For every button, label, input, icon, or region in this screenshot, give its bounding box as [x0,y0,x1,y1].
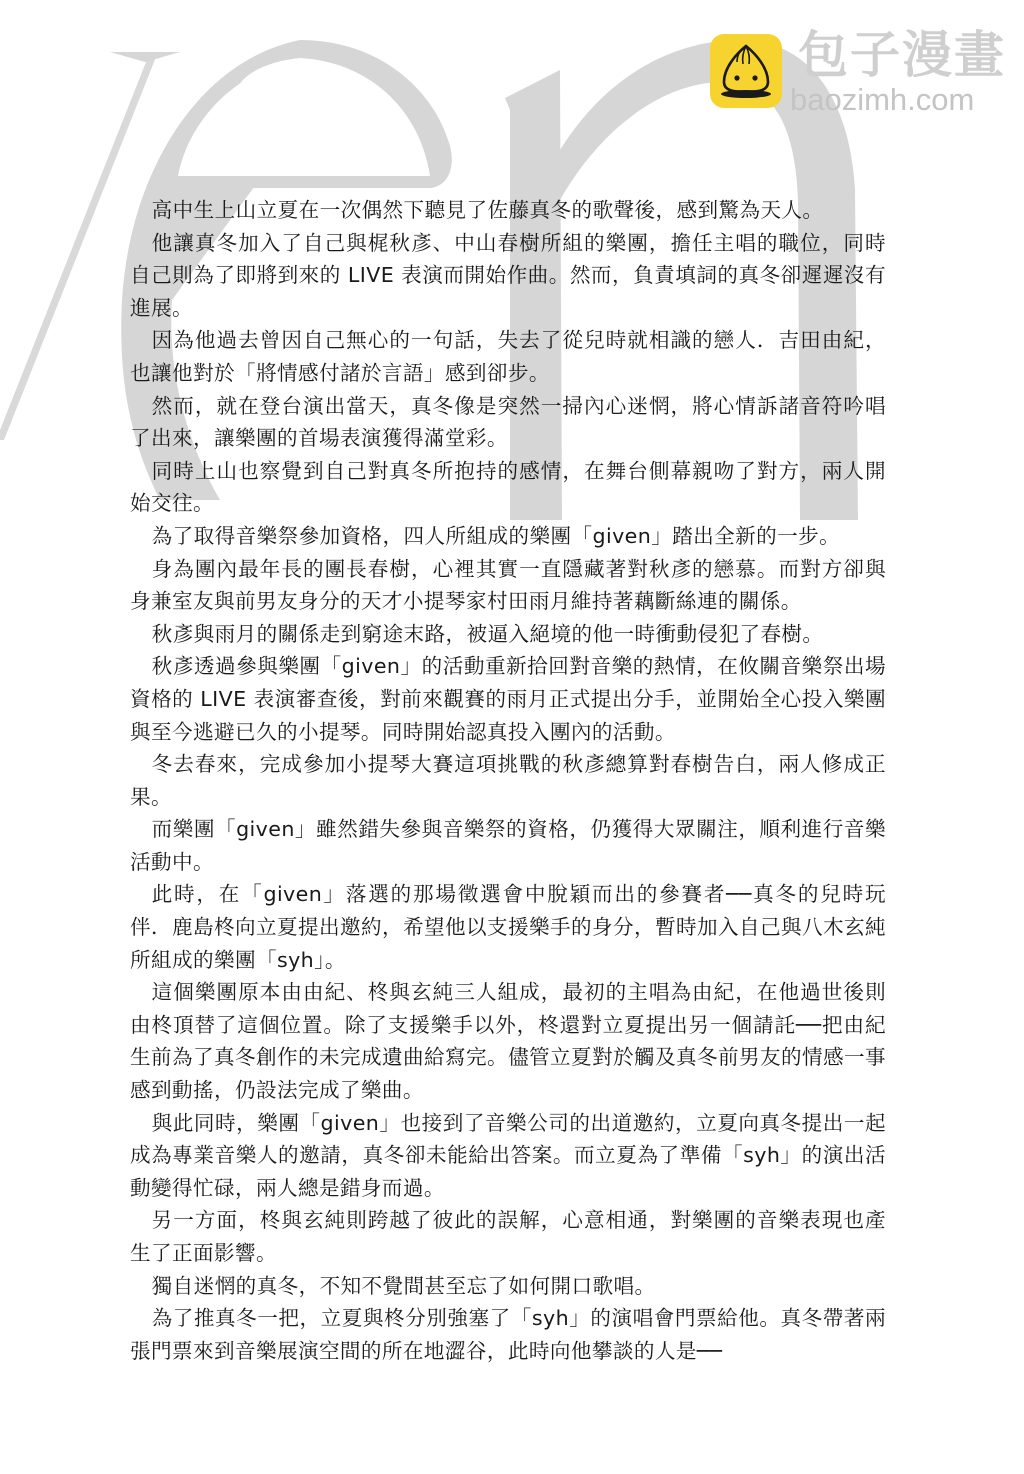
brand-name: 包子漫畫 [798,30,1006,80]
brand-logo-badge [710,34,782,108]
paragraph: 秋彥與雨月的關係走到窮途末路，被逼入絕境的他一時衝動侵犯了春樹。 [130,618,886,651]
synopsis-text: 高中生上山立夏在一次偶然下聽見了佐藤真冬的歌聲後，感到驚為天人。 他讓真冬加入了… [130,194,886,1367]
paragraph: 這個樂團原本由由紀、柊與玄純三人組成，最初的主唱為由紀，在他過世後則由柊頂替了這… [130,976,886,1106]
paragraph: 冬去春來，完成參加小提琴大賽這項挑戰的秋彥總算對春樹告白，兩人修成正果。 [130,748,886,813]
paragraph: 而樂團「given」雖然錯失參與音樂祭的資格，仍獲得大眾關注，順利進行音樂活動中… [130,813,886,878]
paragraph: 為了取得音樂祭參加資格，四人所組成的樂團「given」踏出全新的一步。 [130,520,886,553]
paragraph: 與此同時，樂團「given」也接到了音樂公司的出道邀約，立夏向真冬提出一起成為專… [130,1107,886,1205]
paragraph: 獨自迷惘的真冬，不知不覺間甚至忘了如何開口歌唱。 [130,1270,886,1303]
paragraph: 另一方面，柊與玄純則跨越了彼此的誤解，心意相通，對樂團的音樂表現也產生了正面影響… [130,1204,886,1269]
paragraph: 身為團內最年長的團長春樹，心裡其實一直隱藏著對秋彥的戀慕。而對方卻與身兼室友與前… [130,553,886,618]
paragraph: 高中生上山立夏在一次偶然下聽見了佐藤真冬的歌聲後，感到驚為天人。 [130,194,886,227]
brand-watermark: 包子漫畫 baozimh.com [798,30,1006,115]
paragraph: 此時，在「given」落選的那場徵選會中脫穎而出的參賽者──真冬的兒時玩伴．鹿島… [130,878,886,976]
paragraph: 秋彥透過參與樂團「given」的活動重新拾回對音樂的熱情，在攸關音樂祭出場資格的… [130,650,886,748]
steamed-bun-icon [710,34,782,108]
paragraph: 然而，就在登台演出當天，真冬像是突然一掃內心迷惘，將心情訴諸音符吟唱了出來，讓樂… [130,390,886,455]
paragraph: 為了推真冬一把，立夏與柊分別強塞了「syh」的演唱會門票給他。真冬帶著兩張門票來… [130,1302,886,1367]
brand-url: baozimh.com [790,84,1006,115]
paragraph: 因為他過去曾因自己無心的一句話，失去了從兒時就相識的戀人．吉田由紀，也讓他對於「… [130,324,886,389]
paragraph: 他讓真冬加入了自己與梶秋彥、中山春樹所組的樂團，擔任主唱的職位，同時自己則為了即… [130,227,886,325]
paragraph: 同時上山也察覺到自己對真冬所抱持的感情，在舞台側幕親吻了對方，兩人開始交往。 [130,455,886,520]
